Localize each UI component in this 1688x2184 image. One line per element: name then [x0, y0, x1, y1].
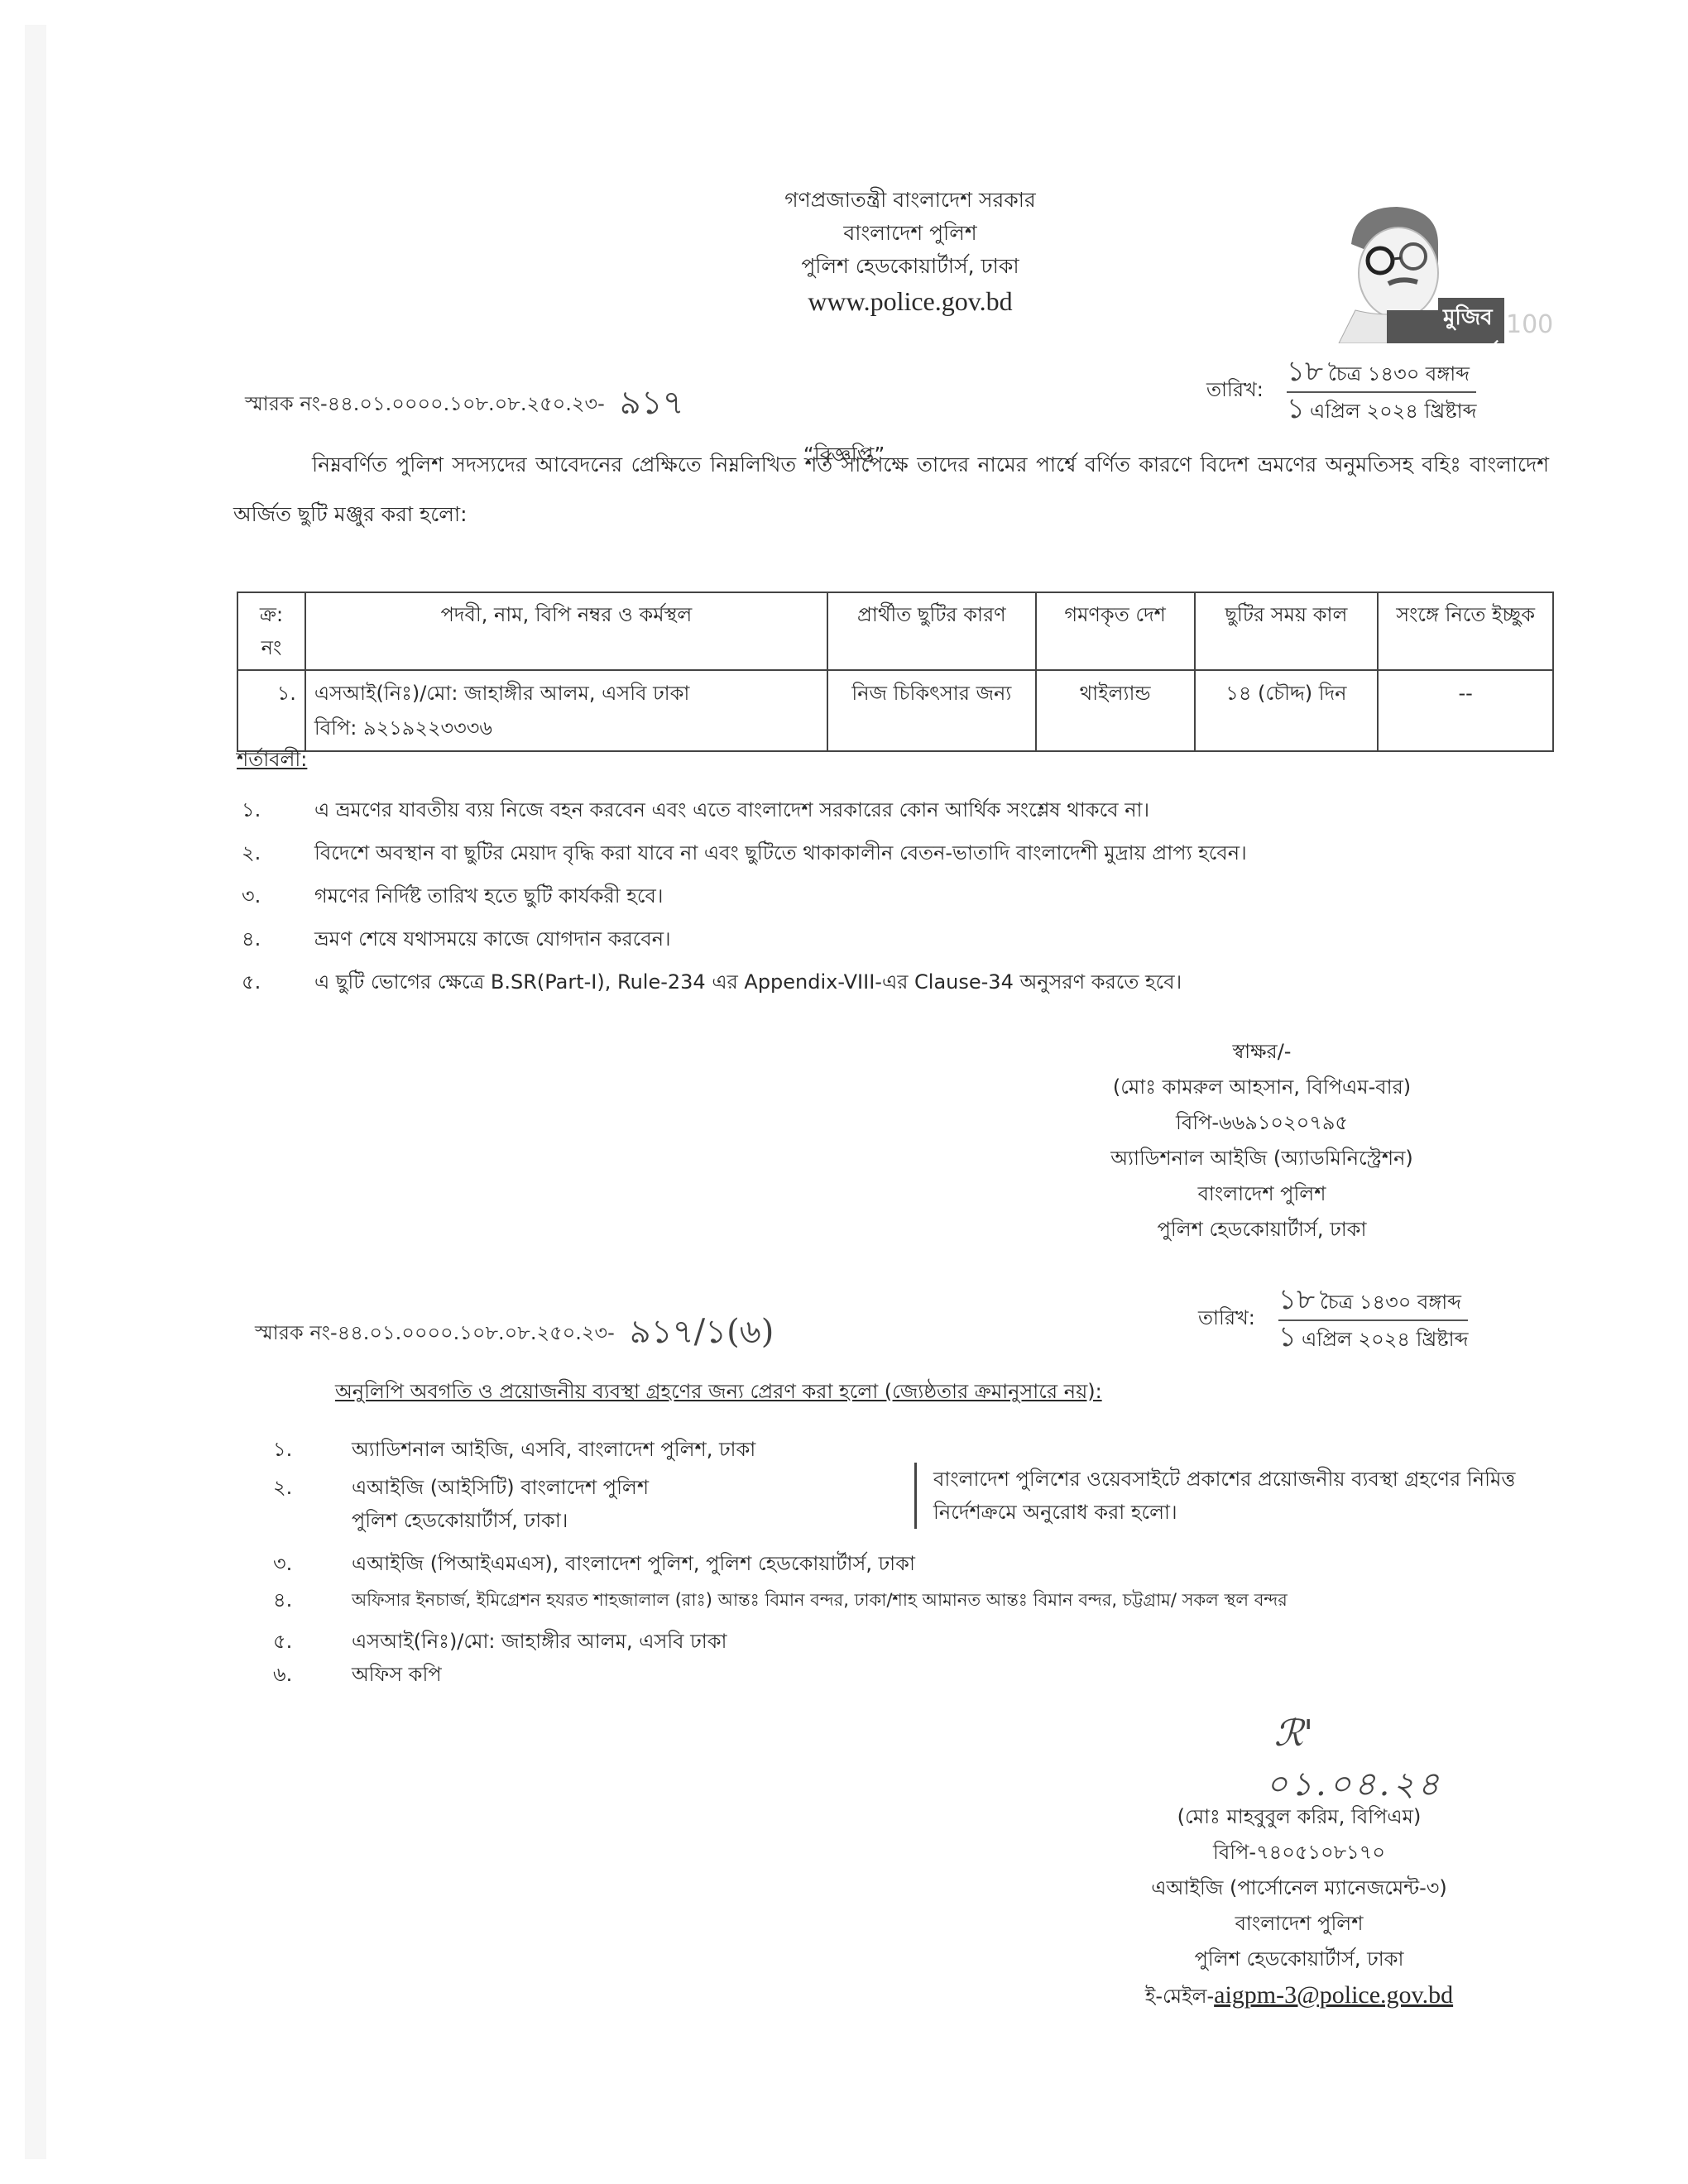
list-item: ১.অ্যাডিশনাল আইজি, এসবি, বাংলাদেশ পুলিশ,… [273, 1433, 1597, 1466]
item-text: অ্যাডিশনাল আইজি, এসবি, বাংলাদেশ পুলিশ, ঢ… [352, 1433, 755, 1466]
item-number: ৬. [273, 1658, 352, 1691]
col-serial: ক্র: নং [237, 592, 305, 670]
signatory-designation: অ্যাডিশনাল আইজি (অ্যাডমিনিস্ট্রেশন) [1018, 1141, 1506, 1176]
notice-paragraph: নিম্নবর্ণিত পুলিশ সদস্যদের আবেদনের প্রেক… [233, 440, 1549, 539]
row-country: থাইল্যান্ড [1036, 670, 1195, 751]
mujib-centenary-emblem: মুজিব শতবর্ষ 100 [1322, 186, 1542, 343]
signatory-designation: এআইজি (পার্সোনেল ম্যানেজমেন্ট-৩) [1067, 1870, 1531, 1906]
notice-paragraph-text: নিম্নবর্ণিত পুলিশ সদস্যদের আবেদনের প্রেক… [233, 453, 1549, 526]
item-text: অফিসার ইনচার্জ, ইমিগ্রেশন হযরত শাহজালাল … [352, 1583, 1288, 1616]
date-label: তারিখ: [1198, 1303, 1255, 1336]
item-number: ৫. [273, 1625, 352, 1658]
list-item: ২.বিদেশে অবস্থান বা ছুটির মেয়াদ বৃদ্ধি … [237, 833, 1561, 876]
memo-label: স্মারক নং-৪৪.০১.০০০০.১০৮.০৮.২৫০.২৩- [255, 1321, 615, 1344]
item-number: ৩. [237, 881, 314, 914]
item-number: ১. [237, 795, 314, 828]
memo-handwritten-number: ৯১৭ [620, 384, 684, 422]
government-name: গণপ্রজাতন্ত্রী বাংলাদেশ সরকার [662, 184, 1158, 217]
email-link[interactable]: aigpm-3@police.gov.bd [1214, 1981, 1453, 2009]
conditions-list: ১.এ ভ্রমণের যাবতীয় ব্যয় নিজে বহন করবেন… [237, 790, 1561, 1005]
signatory-office: পুলিশ হেডকোয়ার্টার্স, ঢাকা [1067, 1942, 1531, 1977]
row-bp-number: বিপি: ৯২১৯২২৩৩৩৬ [314, 711, 818, 745]
list-item: ৫.এ ছুটি ভোগের ক্ষেত্রে B.SR(Part-I), Ru… [237, 962, 1561, 1005]
list-item: ৩.এআইজি (পিআইএমএস), বাংলাদেশ পুলিশ, পুলি… [273, 1547, 1597, 1580]
row-companion: -- [1378, 670, 1553, 751]
col-duration: ছুটির সময় কাল [1195, 592, 1379, 670]
signatory-bp: বিপি-৬৬৯১০২০৭৯৫ [1018, 1105, 1506, 1141]
signatory-block-2: (মোঃ মাহবুবুল করিম, বিপিএম) বিপি-৭৪০৫১০৮… [1067, 1799, 1531, 2014]
item-text: এসআই(নিঃ)/মো: জাহাঙ্গীর আলম, এসবি ঢাকা [352, 1625, 727, 1658]
signatory-bp: বিপি-৭৪০৫১০৮১৭০ [1067, 1835, 1531, 1870]
list-item: ৩.গমণের নির্দিষ্ট তারিখ হতে ছুটি কার্যকর… [237, 876, 1561, 919]
bangla-month-year: চৈত্র ১৪৩০ বঙ্গাব্দ [1328, 362, 1470, 386]
item-number: ১. [273, 1433, 352, 1466]
list-item: ৫.এসআই(নিঃ)/মো: জাহাঙ্গীর আলম, এসবি ঢাকা [273, 1625, 1597, 1658]
signatory-org: বাংলাদেশ পুলিশ [1067, 1906, 1531, 1942]
memo-handwritten-number: ৯১৭/১(৬) [630, 1313, 774, 1351]
memo-number: স্মারক নং-৪৪.০১.০০০০.১০৮.০৮.২৫০.২৩-৯১৭ [245, 376, 684, 432]
list-item: ১.এ ভ্রমণের যাবতীয় ব্যয় নিজে বহন করবেন… [237, 790, 1561, 833]
signatory-name: (মোঃ কামরুল আহসান, বিপিএম-বার) [1018, 1070, 1506, 1105]
item-text: এ ছুটি ভোগের ক্ষেত্রে B.SR(Part-I), Rule… [314, 967, 1182, 1000]
email-line: ই-মেইল-aigpm-3@police.gov.bd [1067, 1977, 1531, 2014]
bangla-date: ১৮চৈত্র ১৪৩০ বঙ্গাব্দ [1287, 356, 1477, 393]
emblem-number: 100 [1506, 310, 1553, 339]
row-name: এসআই(নিঃ)/মো: জাহাঙ্গীর আলম, এসবি ঢাকা ব… [305, 670, 827, 751]
bangla-date: ১৮চৈত্র ১৪৩০ বঙ্গাব্দ [1278, 1284, 1469, 1321]
item-number: ৪. [273, 1583, 352, 1616]
row-serial: ১. [237, 670, 305, 751]
item-number: ২. [273, 1471, 352, 1537]
english-date: ১এপ্রিল ২০২৪ খ্রিষ্টাব্দ [1278, 1321, 1469, 1355]
bangla-month-year: চৈত্র ১৪৩০ বঙ্গাব্দ [1320, 1291, 1461, 1314]
list-item: ৬.অফিস কপি [273, 1658, 1597, 1691]
item-text: ভ্রমণ শেষে যথাসময়ে কাজে যোগদান করবেন। [314, 924, 671, 957]
english-day: ১ [1287, 392, 1305, 425]
copies-heading: অনুলিপি অবগতি ও প্রয়োজনীয় ব্যবস্থা গ্র… [335, 1377, 1102, 1410]
item-number: ৪. [237, 924, 314, 957]
signatory-org: বাংলাদেশ পুলিশ [1018, 1176, 1506, 1212]
item-text-line2: পুলিশ হেডকোয়ার্টার্স, ঢাকা। [352, 1504, 649, 1537]
scan-edge [25, 25, 46, 2159]
row-duration: ১৪ (চৌদ্দ) দিন [1195, 670, 1379, 751]
col-name: পদবী, নাম, বিপি নম্বর ও কর্মস্থল [305, 592, 827, 670]
memo-number-2: স্মারক নং-৪৪.০১.০০০০.১০৮.০৮.২৫০.২৩-৯১৭/১… [255, 1305, 774, 1361]
website-link[interactable]: www.police.gov.bd [662, 283, 1158, 319]
english-day: ১ [1278, 1320, 1297, 1353]
item-text: এআইজি (আইসিটি) বাংলাদেশ পুলিশ [352, 1471, 649, 1504]
col-reason: প্রার্থীত ছুটির কারণ [827, 592, 1036, 670]
list-item: ৪.অফিসার ইনচার্জ, ইমিগ্রেশন হযরত শাহজালা… [273, 1583, 1597, 1616]
english-month-year: এপ্রিল ২০২৪ খ্রিষ্টাব্দ [1302, 1328, 1469, 1351]
memo-label: স্মারক নং-৪৪.০১.০০০০.১০৮.০৮.২৫০.২৩- [245, 392, 605, 415]
item-text: গমণের নির্দিষ্ট তারিখ হতে ছুটি কার্যকরী … [314, 881, 663, 914]
signature-mark: ℛ' [1274, 1712, 1313, 1755]
item-text: এ ভ্রমণের যাবতীয় ব্যয় নিজে বহন করবেন এ… [314, 795, 1149, 828]
signatory-name: (মোঃ মাহবুবুল করিম, বিপিএম) [1067, 1799, 1531, 1835]
bangla-day: ১৮ [1287, 355, 1323, 388]
date-block-2: তারিখ: ১৮চৈত্র ১৪৩০ বঙ্গাব্দ ১এপ্রিল ২০২… [1198, 1284, 1468, 1355]
item-number: ২. [237, 838, 314, 871]
website-publish-note: বাংলাদেশ পুলিশের ওয়েবসাইটে প্রকাশের প্র… [914, 1463, 1529, 1529]
item-text: এআইজি (পিআইএমএস), বাংলাদেশ পুলিশ, পুলিশ … [352, 1547, 915, 1580]
date-label: তারিখ: [1206, 375, 1264, 408]
col-country: গমণকৃত দেশ [1036, 592, 1195, 670]
row-name-line1: এসআই(নিঃ)/মো: জাহাঙ্গীর আলম, এসবি ঢাকা [314, 676, 818, 711]
english-date: ১এপ্রিল ২০২৪ খ্রিষ্টাব্দ [1287, 393, 1477, 427]
bangla-day: ১৮ [1278, 1283, 1315, 1316]
letterhead: গণপ্রজাতন্ত্রী বাংলাদেশ সরকার বাংলাদেশ প… [662, 184, 1158, 319]
list-item: ৪.ভ্রমণ শেষে যথাসময়ে কাজে যোগদান করবেন। [237, 919, 1561, 962]
date-block: তারিখ: ১৮চৈত্র ১৪৩০ বঙ্গাব্দ ১এপ্রিল ২০২… [1206, 356, 1476, 427]
email-label: ই-মেইল- [1145, 1985, 1214, 2008]
english-month-year: এপ্রিল ২০২৪ খ্রিষ্টাব্দ [1310, 400, 1477, 423]
item-text: বিদেশে অবস্থান বা ছুটির মেয়াদ বৃদ্ধি কর… [314, 838, 1247, 871]
col-companion: সংঙ্গে নিতে ইচ্ছুক [1378, 592, 1553, 670]
row-reason: নিজ চিকিৎসার জন্য [827, 670, 1036, 751]
signatory-office: পুলিশ হেডকোয়ার্টার্স, ঢাকা [1018, 1212, 1506, 1248]
conditions-title: শর্তাবলী: [237, 745, 307, 778]
item-text: অফিস কপি [352, 1658, 442, 1691]
table-row: ১. এসআই(নিঃ)/মো: জাহাঙ্গীর আলম, এসবি ঢাক… [237, 670, 1553, 751]
office-name: পুলিশ হেডকোয়ার্টার্স, ঢাকা [662, 250, 1158, 283]
table-header-row: ক্র: নং পদবী, নাম, বিপি নম্বর ও কর্মস্থল… [237, 592, 1553, 670]
organization-name: বাংলাদেশ পুলিশ [662, 217, 1158, 250]
item-number: ৩. [273, 1547, 352, 1580]
signatory-block-1: স্বাক্ষর/- (মোঃ কামরুল আহসান, বিপিএম-বার… [1018, 1034, 1506, 1248]
signed-mark: স্বাক্ষর/- [1018, 1034, 1506, 1070]
leave-table: ক্র: নং পদবী, নাম, বিপি নম্বর ও কর্মস্থল… [237, 591, 1554, 752]
item-number: ৫. [237, 967, 314, 1000]
